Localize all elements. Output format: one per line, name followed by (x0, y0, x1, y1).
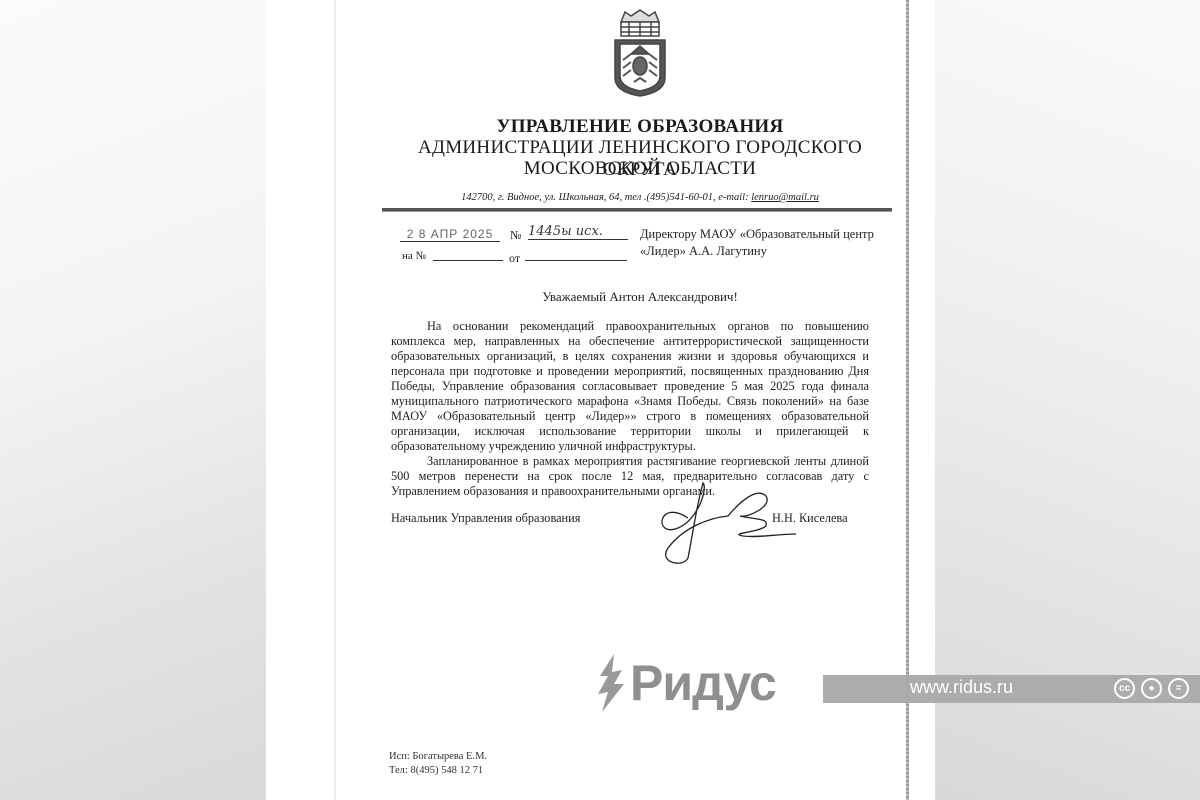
reference-number-label: на № (402, 250, 426, 262)
attribution-icon: ● (1141, 678, 1162, 699)
coat-of-arms-icon (609, 8, 671, 100)
letterhead-region: МОСКОВСКОЙ ОБЛАСТИ (380, 158, 900, 180)
lightning-tree-icon (596, 654, 626, 712)
salutation: Уважаемый Антон Александрович! (380, 289, 900, 305)
reference-number-field (433, 260, 503, 261)
email-link[interactable]: lenruo@mail.ru (751, 192, 819, 203)
footer-contacts: Исп: Богатырева Е.М. Тел: 8(495) 548 12 … (389, 750, 487, 778)
watermark-url[interactable]: www.ridus.ru (910, 677, 1013, 698)
executor-phone: Тел: 8(495) 548 12 71 (389, 764, 487, 778)
outgoing-date-stamp: 2 8 АПР 2025 (400, 227, 500, 242)
signer-name: Н.Н. Киселева (772, 511, 848, 526)
ridus-brand: Ридус (630, 654, 776, 712)
reference-date-label: от (509, 251, 520, 266)
letterhead-title: УПРАВЛЕНИЕ ОБРАЗОВАНИЯ (380, 116, 900, 138)
signer-role: Начальник Управления образования (391, 511, 580, 526)
letterhead-address: 142700, г. Видное, ул. Школьная, 64, тел… (380, 192, 900, 203)
scan-edge-left (334, 0, 336, 800)
outgoing-number: 1445ы исх. (528, 224, 628, 240)
addressee: Директору МАОУ «Образовательный центр «Л… (640, 226, 890, 260)
background-left (0, 0, 266, 800)
number-label: № (510, 228, 521, 243)
body-paragraph: На основании рекомендаций правоохранител… (391, 319, 869, 454)
cc-icon: cc (1114, 678, 1135, 699)
header-divider (382, 208, 892, 212)
letter-body: На основании рекомендаций правоохранител… (391, 319, 869, 499)
ridus-watermark: Ридус (596, 648, 776, 718)
executor: Исп: Богатырева Е.М. (389, 750, 487, 764)
no-derivatives-icon: = (1168, 678, 1189, 699)
reference-date-field (525, 260, 627, 261)
